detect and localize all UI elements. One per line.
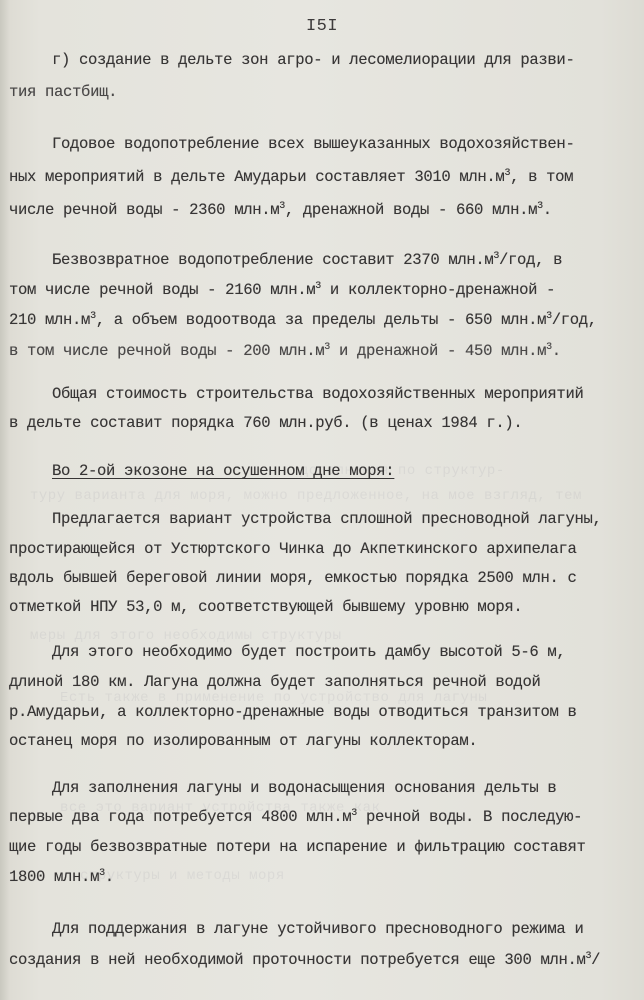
text-line: тия пастбищ. (9, 83, 117, 101)
text-line: останец моря по изолированным от лагуны … (9, 732, 477, 750)
text-line: в дельте составит порядка 760 млн.руб. (… (9, 414, 522, 432)
text-line: 210 млн.м3, а объем водоотвода за предел… (9, 311, 597, 329)
text-line: длиной 180 км. Лагуна должна будет запол… (9, 673, 540, 691)
text-line: 1800 млн.м3. (9, 868, 114, 886)
page-number: I5I (0, 17, 644, 36)
text-line: щие годы безвозвратные потери на испарен… (9, 838, 586, 856)
text-line: г) создание в дельте зон агро- и лесомел… (52, 51, 574, 69)
show-through-text: туру варианта для моря, можно предложенн… (30, 488, 582, 504)
paragraph-start: Безвозвратное водопотребление составит 2… (52, 251, 562, 269)
document-page: дополнения по структур- туру варианта дл… (0, 0, 644, 1000)
paragraph-start: Для поддержания в лагуне устойчивого пре… (52, 920, 583, 938)
text-line: отметкой НПУ 53,0 м, соответствующей быв… (9, 598, 522, 616)
text-line: р.Амударьи, а коллекторно-дренажные воды… (9, 703, 577, 721)
show-through-text: меры для этого необходимы структуры (30, 628, 342, 644)
text-line: числе речной воды - 2360 млн.м3, дренажн… (9, 201, 552, 219)
paragraph-start: Общая стоимость строительства водохозяйс… (52, 385, 583, 403)
paragraph-start: Для этого необходимо будет построить дам… (52, 643, 565, 661)
paragraph-start: Предлагается вариант устройства сплошной… (52, 510, 601, 528)
text-line: создания в ней необходимой проточности п… (9, 951, 600, 969)
text-line: в том числе речной воды - 200 млн.м3 и д… (9, 342, 561, 360)
paragraph-start: Для заполнения лагуны и водонасыщения ос… (52, 779, 556, 797)
text-line: ных мероприятий в дельте Амударьи состав… (9, 168, 573, 186)
paragraph-start: Годовое водопотребление всех вышеуказанн… (52, 135, 574, 153)
section-heading: Во 2-ой экозоне на осушенном дне моря: (52, 462, 394, 480)
text-line: том числе речной воды - 2160 млн.м3 и ко… (9, 281, 555, 299)
text-line: вдоль бывшей береговой линии моря, емкос… (9, 569, 577, 587)
text-line: первые два года потребуется 4800 млн.м3 … (9, 808, 582, 826)
text-line: простирающейся от Устюртского Чинка до А… (9, 540, 577, 558)
